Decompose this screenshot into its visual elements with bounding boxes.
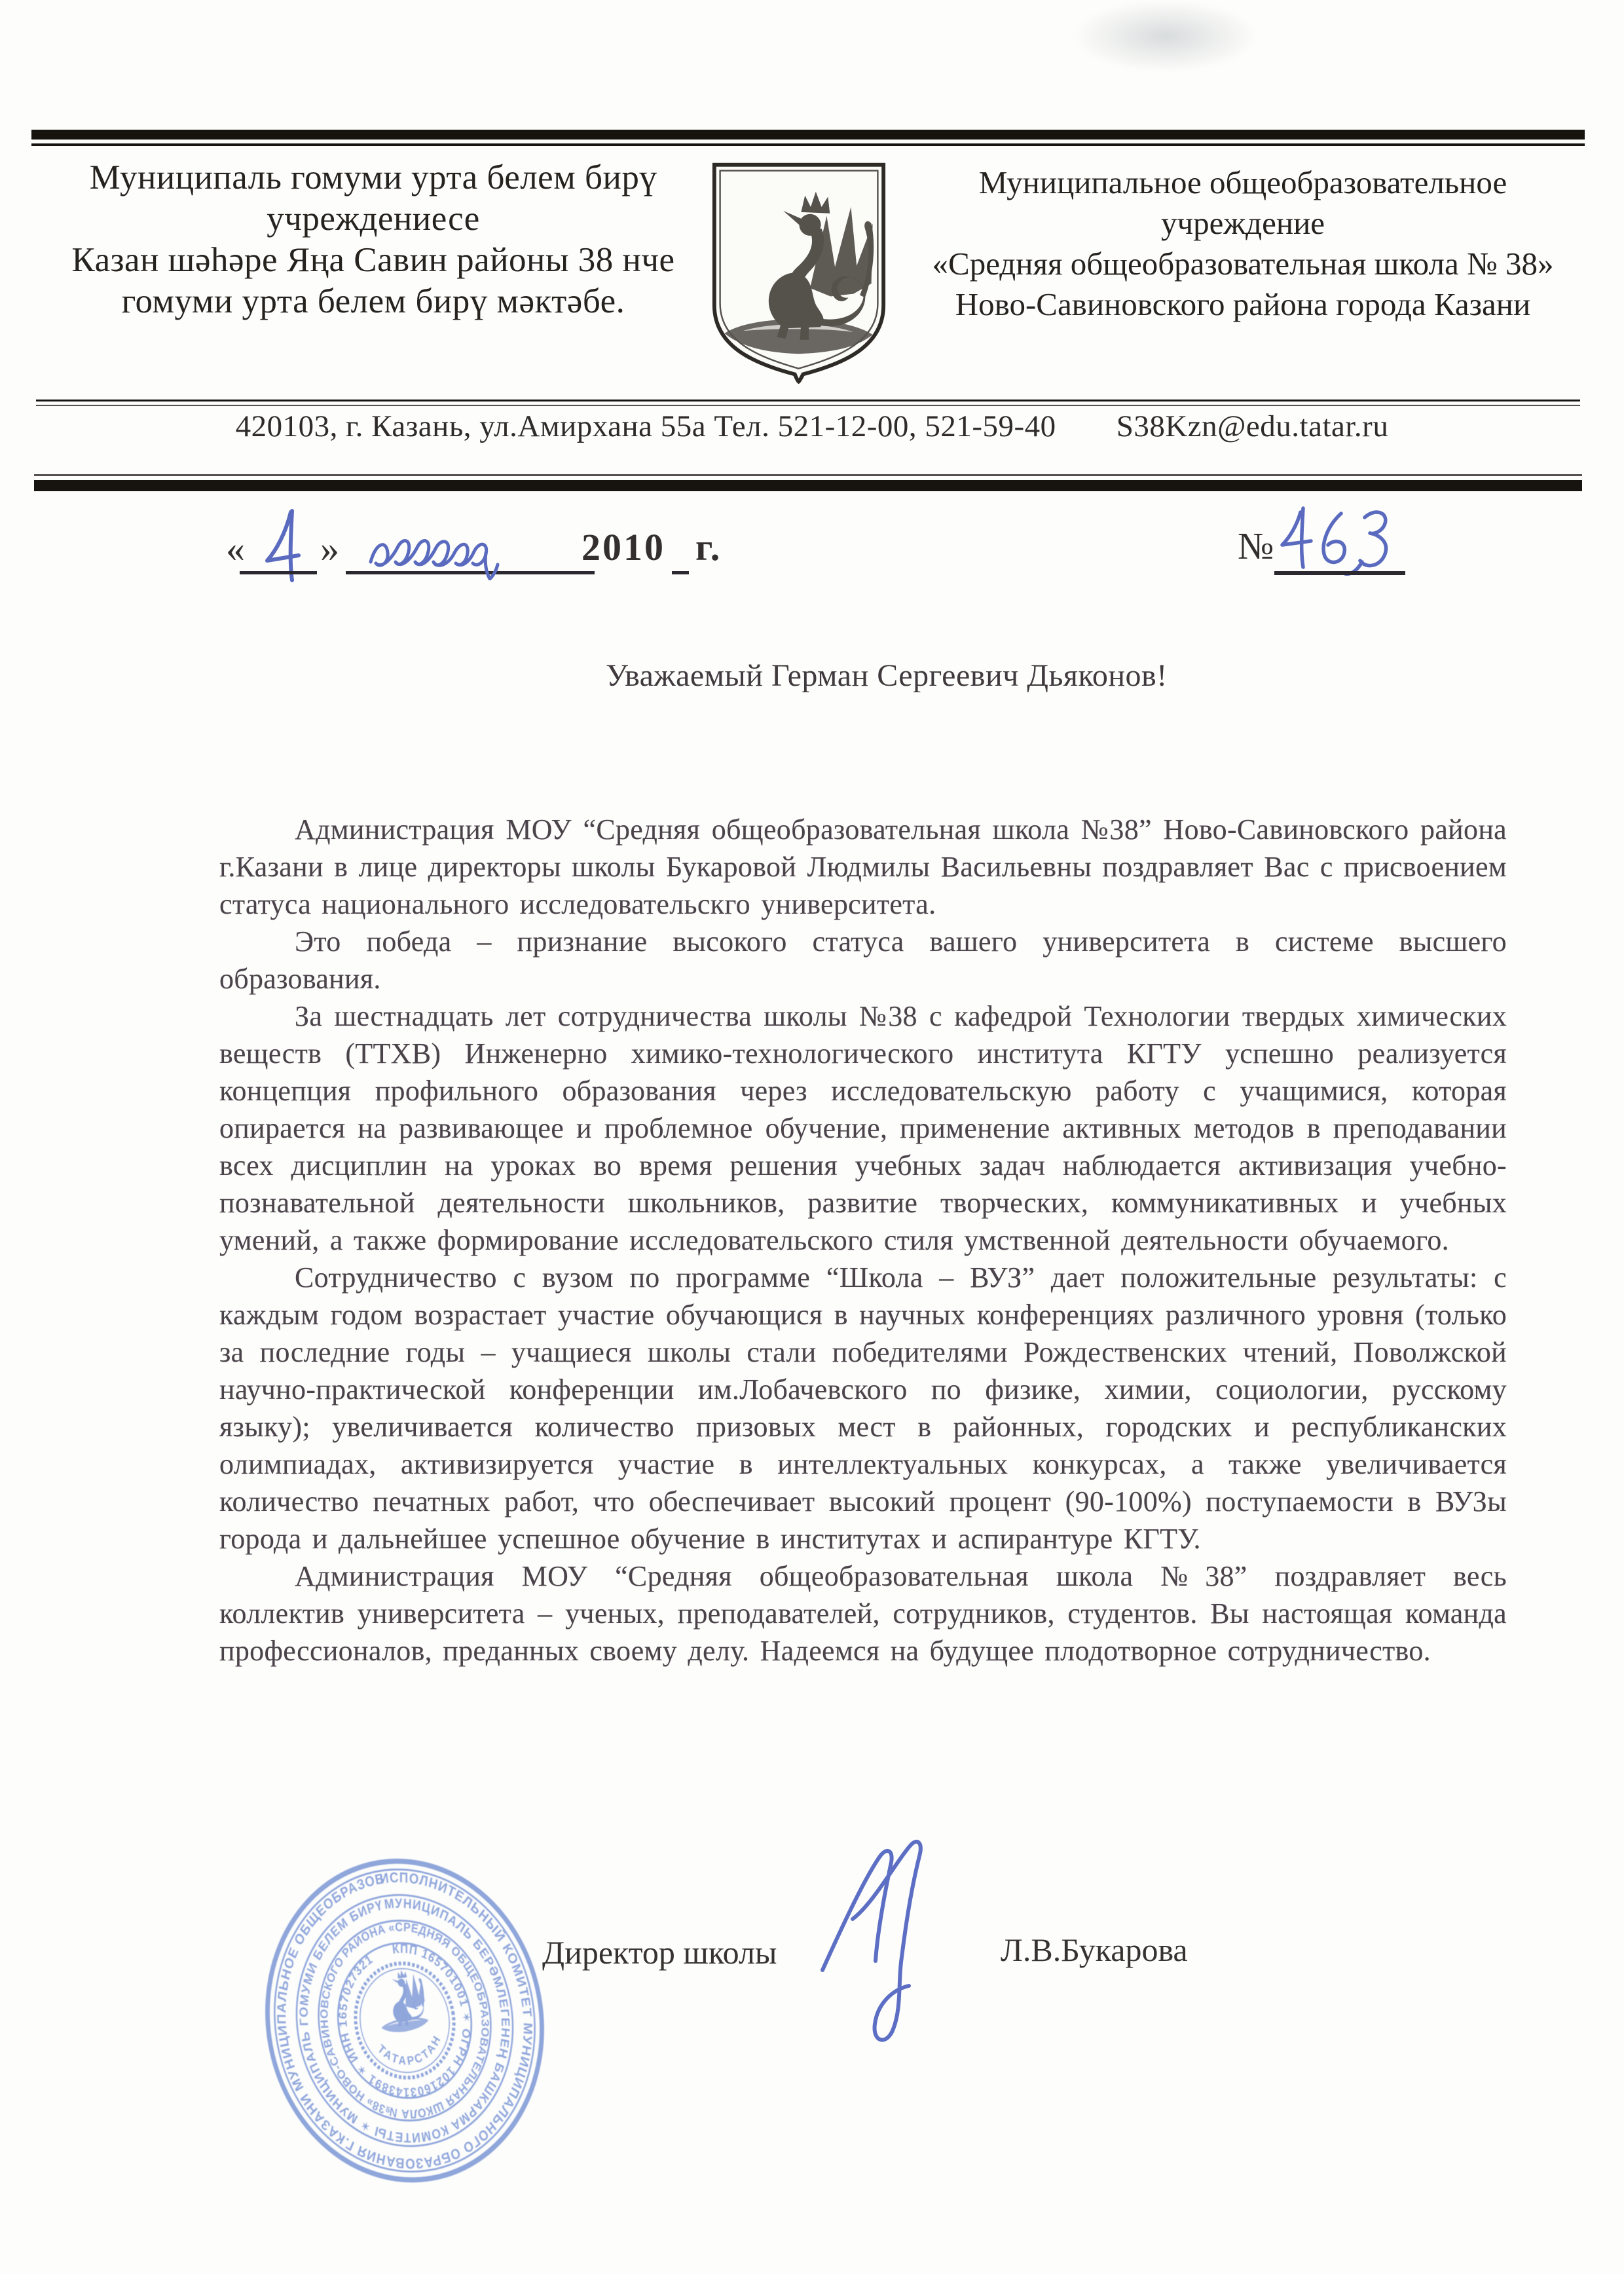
paragraph: Сотрудничество с вузом по программе “Шко…: [219, 1259, 1507, 1557]
paragraph: Администрация МОУ “Средняя общеобразоват…: [219, 1557, 1507, 1669]
paragraph: Это победа – признание высокого статуса …: [219, 923, 1507, 997]
letterhead-russian-line: Ново-Савиновского района города Казани: [912, 284, 1574, 325]
postal-address: 420103, г. Казань, ул.Амирхана 55а Тел. …: [236, 409, 1056, 444]
salutation: Уважаемый Герман Сергеевич Дьяконов!: [606, 658, 1168, 694]
date-open-quote: «: [226, 527, 245, 570]
scanned-letter-page: Муниципаль гомуми урта белем бирү учрежд…: [0, 0, 1624, 2274]
kazan-coat-of-arms-icon: [707, 157, 891, 385]
number-blank-line: [1274, 571, 1405, 575]
divider-mid-echo: [36, 405, 1580, 406]
school-round-stamp: ИСПОЛНИТЕЛЬНЫЙ КОМИТЕТ МУНИЦИПАЛЬНОГО ОБ…: [229, 1824, 580, 2217]
letterhead-russian: Муниципальное общеобразовательное учрежд…: [912, 162, 1574, 325]
divider-bottom-thin: [34, 474, 1582, 476]
divider-top-thick: [31, 130, 1585, 140]
letterhead-tatar-line: Казан шәһәре Яңа Савин районы 38 нче: [62, 240, 684, 281]
date-year: 2010: [581, 525, 665, 569]
letterhead-tatar-line: Муниципаль гомуми урта белем бирү: [62, 157, 684, 198]
divider-mid-thin: [36, 400, 1580, 401]
date-year-suffix: г.: [695, 525, 722, 569]
svg-text:ТАТАРСТАН: ТАТАРСТАН: [374, 2030, 448, 2074]
letterhead-russian-line: Муниципальное общеобразовательное: [912, 162, 1574, 203]
date-close-quote: »: [320, 527, 339, 570]
address-row: 420103, г. Казань, ул.Амирхана 55а Тел. …: [39, 409, 1585, 444]
scan-smudge-artifact: [1074, 0, 1257, 72]
document-number-label: №: [1238, 524, 1274, 568]
letter-body: Администрация МОУ “Средняя общеобразоват…: [219, 811, 1507, 1669]
letterhead-tatar-line: учреждениесе: [62, 198, 684, 240]
date-day-blank-line: [240, 571, 317, 574]
letterhead-russian-line: учреждение: [912, 203, 1574, 244]
paragraph: Администрация МОУ “Средняя общеобразоват…: [219, 811, 1507, 923]
handwritten-number: [1278, 502, 1409, 579]
signer-name: Л.В.Букарова: [1001, 1931, 1188, 1969]
divider-top-thin: [31, 143, 1585, 146]
date-year-blank: [672, 571, 689, 574]
email-address: S38Kzn@edu.tatar.ru: [1116, 409, 1389, 444]
handwritten-month: [364, 515, 587, 580]
letterhead-russian-line: «Средняя общеобразовательная школа № 38»: [912, 244, 1574, 284]
letterhead-tatar: Муниципаль гомуми урта белем бирү учрежд…: [62, 157, 684, 322]
stamp-center-text: ТАТАРСТАН: [374, 2030, 448, 2074]
director-signature-icon: [812, 1833, 964, 2050]
signer-role: Директор школы: [542, 1933, 777, 1971]
letterhead-tatar-line: гомуми урта белем бирү мәктәбе.: [62, 281, 684, 322]
paragraph: За шестнадцать лет сотрудничества школы …: [219, 997, 1507, 1259]
divider-bottom-thick: [34, 480, 1582, 491]
